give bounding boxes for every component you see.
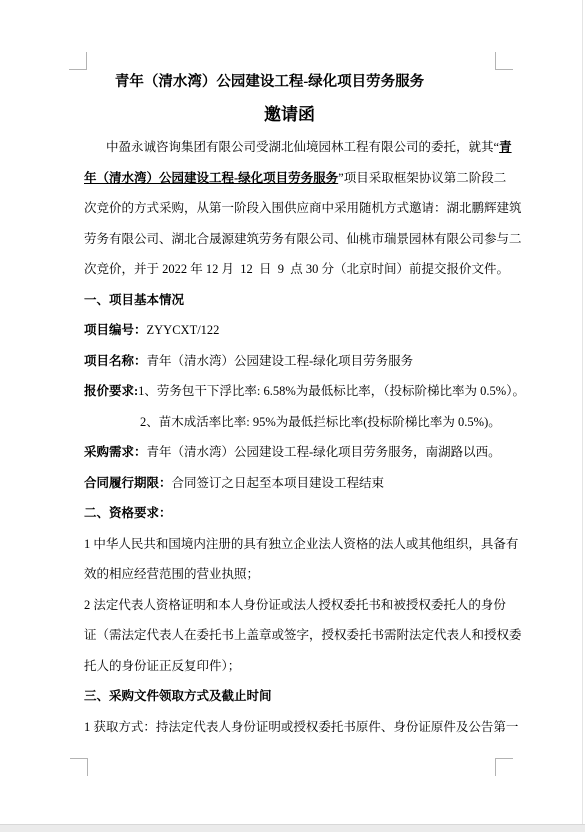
text-line: 证（需法定代表人在委托书上盖章或签字，授权委托书需附法定代表人和授权委 (84, 620, 495, 651)
margin-corner-bottom-left (70, 758, 88, 776)
text-segment: 项目名称： (84, 354, 147, 368)
text-segment: 次竞价的方式采购，从第一阶段入围供应商中采用随机方式邀请：湖北鹏辉建筑 (84, 201, 522, 215)
text-line: 二、资格要求： (84, 498, 495, 529)
text-segment: 1 中华人民共和国境内注册的具有独立企业法人资格的法人或其他组织，具备有 (84, 537, 518, 551)
text-line: 一、项目基本情况 (84, 285, 495, 316)
text-segment: 青 (499, 140, 512, 154)
document-body: 青年（清水湾）公园建设工程-绿化项目劳务服务邀请函中盈永诚咨询集团有限公司受湖北… (84, 67, 495, 742)
text-segment: 采购需求： (84, 445, 147, 459)
text-line: 报价要求:1、劳务包干下浮比率: 6.58%为最低标比率，（投标阶梯比率为 0.… (84, 376, 495, 407)
text-line: 中盈永诚咨询集团有限公司受湖北仙境园林工程有限公司的委托，就其“青 (84, 132, 495, 163)
text-segment: 劳务有限公司、湖北合晟源建筑劳务有限公司、仙桃市瑞景园林有限公司参与二 (84, 232, 522, 246)
text-line: 次竞价的方式采购，从第一阶段入围供应商中采用随机方式邀请：湖北鹏辉建筑 (84, 193, 495, 224)
margin-corner-top-right (495, 52, 513, 70)
document-subtitle: 邀请函 (84, 98, 495, 132)
text-segment: 证（需法定代表人在委托书上盖章或签字，授权委托书需附法定代表人和授权委 (84, 628, 522, 642)
text-line: 三、采购文件领取方式及截止时间 (84, 681, 495, 712)
text-segment: 项目编号： (84, 323, 147, 337)
text-segment: 中盈永诚咨询集团有限公司受湖北仙境园林工程有限公司的委托，就其“ (106, 140, 499, 154)
text-segment: 2 法定代表人资格证明和本人身份证或法人授权委托书和被授权委托人的身份 (84, 598, 506, 612)
text-line: 劳务有限公司、湖北合晟源建筑劳务有限公司、仙桃市瑞景园林有限公司参与二 (84, 224, 495, 255)
text-segment: 邀请函 (264, 105, 315, 124)
text-segment: 年（清水湾）公园建设工程-绿化项目劳务服务 (84, 171, 338, 185)
text-segment: ZYYCXT/122 (147, 323, 220, 337)
text-segment: 合同签订之日起至本项目建设工程结束 (172, 476, 385, 490)
text-segment: 青年（清水湾）公园建设工程-绿化项目劳务服务 (147, 354, 414, 368)
text-segment: 托人的身份证正反复印件）； (84, 659, 240, 673)
text-segment: ”项目采取框架协议第二阶段二 (338, 171, 506, 185)
document-page: 青年（清水湾）公园建设工程-绿化项目劳务服务邀请函中盈永诚咨询集团有限公司受湖北… (0, 0, 585, 832)
text-line: 效的相应经营范围的营业执照； (84, 559, 495, 590)
text-line: 次竞价，并于 2022 年 12 月 12 日 9 点 30 分（北京时间）前提… (84, 254, 495, 285)
text-line: 年（清水湾）公园建设工程-绿化项目劳务服务”项目采取框架协议第二阶段二 (84, 163, 495, 194)
page-bottom-gutter (0, 824, 585, 832)
document-title: 青年（清水湾）公园建设工程-绿化项目劳务服务 (84, 67, 495, 98)
text-line: 项目名称：青年（清水湾）公园建设工程-绿化项目劳务服务 (84, 346, 495, 377)
text-segment: 效的相应经营范围的营业执照； (84, 567, 259, 581)
page-right-edge (582, 0, 583, 824)
text-segment: 报价要求: (84, 384, 138, 398)
text-segment: 2、苗木成活率比率: 95%为最低拦标比率(投标阶梯比率为 0.5%)。 (140, 415, 501, 429)
text-segment: 青年（清水湾）公园建设工程-绿化项目劳务服务，南湖路以西。 (147, 445, 501, 459)
text-segment: 1、劳务包干下浮比率: 6.58%为最低标比率，（投标阶梯比率为 0.5%）。 (138, 384, 525, 398)
text-line: 合同履行期限：合同签订之日起至本项目建设工程结束 (84, 468, 495, 499)
text-segment: 合同履行期限： (84, 476, 172, 490)
text-line: 项目编号：ZYYCXT/122 (84, 315, 495, 346)
text-segment: 二、资格要求： (84, 506, 172, 520)
text-line: 1 获取方式：持法定代表人身份证明或授权委托书原件、身份证原件及公告第一 (84, 712, 495, 743)
margin-corner-bottom-right (495, 758, 513, 776)
text-segment: 三、采购文件领取方式及截止时间 (84, 689, 272, 703)
text-line: 2、苗木成活率比率: 95%为最低拦标比率(投标阶梯比率为 0.5%)。 (84, 407, 495, 438)
text-segment: 一、项目基本情况 (84, 293, 184, 307)
text-line: 采购需求：青年（清水湾）公园建设工程-绿化项目劳务服务，南湖路以西。 (84, 437, 495, 468)
text-line: 托人的身份证正反复印件）； (84, 651, 495, 682)
text-segment: 青年（清水湾）公园建设工程-绿化项目劳务服务 (115, 74, 424, 90)
text-segment: 1 获取方式：持法定代表人身份证明或授权委托书原件、身份证原件及公告第一 (84, 720, 518, 734)
text-line: 1 中华人民共和国境内注册的具有独立企业法人资格的法人或其他组织，具备有 (84, 529, 495, 560)
text-segment: 次竞价，并于 2022 年 12 月 12 日 9 点 30 分（北京时间）前提… (84, 262, 509, 276)
text-line: 2 法定代表人资格证明和本人身份证或法人授权委托书和被授权委托人的身份 (84, 590, 495, 621)
